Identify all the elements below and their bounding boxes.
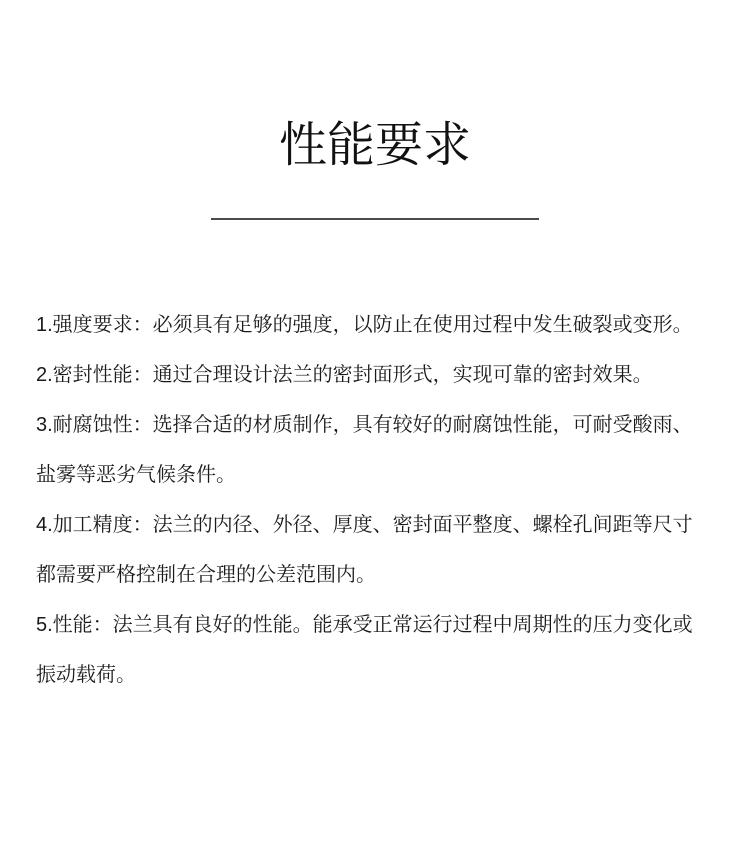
list-item-2: 2.密封性能：通过合理设计法兰的密封面形式，实现可靠的密封效果。 [36, 350, 702, 400]
list-item-4: 4.加工精度：法兰的内径、外径、厚度、密封面平整度、螺栓孔间距等尺寸都需要严格控… [36, 500, 702, 600]
list-item-5: 5.性能：法兰具有良好的性能。能承受正常运行过程中周期性的压力变化或振动载荷。 [36, 600, 702, 700]
list-item-3: 3.耐腐蚀性：选择合适的材质制作，具有较好的耐腐蚀性能，可耐受酸雨、盐雾等恶劣气… [36, 400, 702, 500]
document-page: 性能要求 1.强度要求：必须具有足够的强度，以防止在使用过程中发生破裂或变形。 … [0, 0, 750, 858]
requirements-list: 1.强度要求：必须具有足够的强度，以防止在使用过程中发生破裂或变形。 2.密封性… [36, 300, 702, 700]
list-item-1: 1.强度要求：必须具有足够的强度，以防止在使用过程中发生破裂或变形。 [36, 300, 702, 350]
page-title: 性能要求 [0, 122, 750, 170]
title-divider [211, 218, 539, 220]
